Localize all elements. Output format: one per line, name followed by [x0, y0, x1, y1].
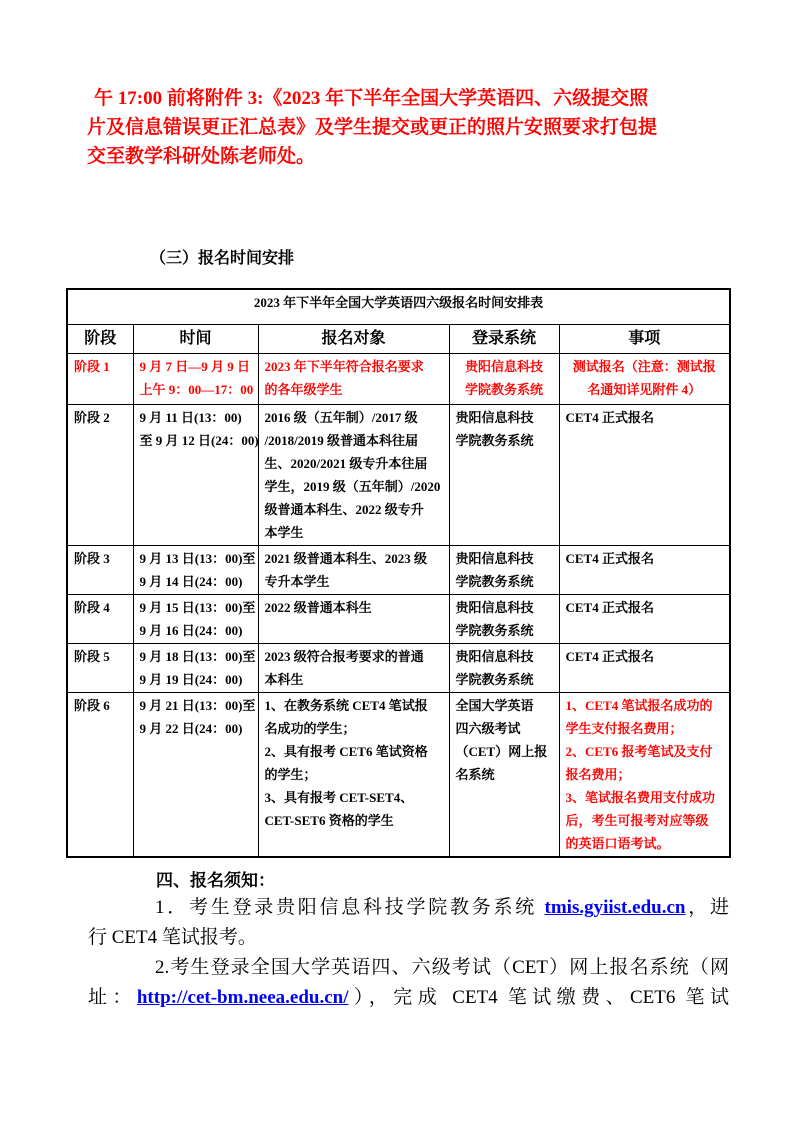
notes-heading: 四、报名须知：: [156, 866, 275, 891]
table-row-stage2: 阶段 2 9 月 11 日(13：00) 至 9 月 12 日(24：00) 2…: [67, 404, 730, 545]
matter-cell: CET4 正式报名: [559, 643, 730, 692]
target-cell: 2023 级符合报考要求的普通 本科生: [258, 643, 449, 692]
notes-paragraph-1-line-1: 1．考生登录贵阳信息科技学院教务系统 tmis.gyiist.edu.cn，进: [88, 893, 729, 923]
notes-paragraph-1-line-2: 行 CET4 笔试报考。: [88, 923, 729, 953]
tmis-system-link[interactable]: tmis.gyiist.edu.cn: [545, 897, 686, 918]
document-page: { "colors": { "red": "#ff0000", "black":…: [0, 0, 793, 1122]
red-notice-line: 交至教学科研处陈老师处。: [87, 142, 687, 171]
matter-cell: 测试报名（注意：测试报 名通知详见附件 4）: [559, 353, 730, 404]
column-header-time: 时间: [133, 324, 258, 353]
notes-paragraph-2-line-1: 2.考生登录全国大学英语四、六级考试（CET）网上报名系统（网: [88, 953, 729, 983]
stage-cell: 阶段 1: [67, 353, 133, 404]
stage-cell: 阶段 2: [67, 404, 133, 545]
column-header-target: 报名对象: [258, 324, 449, 353]
target-cell: 2021 级普通本科生、2023 级 专升本学生: [258, 545, 449, 594]
system-cell: 贵阳信息科技 学院教务系统: [449, 643, 559, 692]
table-row-stage5: 阶段 5 9 月 18 日(13：00)至 9 月 19 日(24：00) 20…: [67, 643, 730, 692]
matter-cell: CET4 正式报名: [559, 404, 730, 545]
table-row-stage4: 阶段 4 9 月 15 日(13：00)至 9 月 16 日(24：00) 20…: [67, 594, 730, 643]
stage-cell: 阶段 5: [67, 643, 133, 692]
column-header-stage: 阶段: [67, 324, 133, 353]
registration-schedule-table: 2023 年下半年全国大学英语四六级报名时间安排表 阶段 时间 报名对象 登录系…: [66, 288, 731, 858]
notes-p1-text-after-link: ，进: [685, 897, 729, 918]
time-cell: 9 月 7 日—9 月 9 日 上午 9：00—17：00: [133, 353, 258, 404]
time-cell: 9 月 18 日(13：00)至 9 月 19 日(24：00): [133, 643, 258, 692]
red-notice-line: 片及信息错误更正汇总表》及学生提交或更正的照片安照要求打包提: [87, 113, 687, 142]
column-header-matter: 事项: [559, 324, 730, 353]
time-cell: 9 月 21 日(13：00)至 9 月 22 日(24：00): [133, 692, 258, 857]
table-row-stage3: 阶段 3 9 月 13 日(13：00)至 9 月 14 日(24：00) 20…: [67, 545, 730, 594]
system-cell: 贵阳信息科技 学院教务系统: [449, 404, 559, 545]
system-cell: 贵阳信息科技 学院教务系统: [449, 545, 559, 594]
matter-cell: 1、CET4 笔试报名成功的 学生支付报名费用； 2、CET6 报考笔试及支付 …: [559, 692, 730, 857]
notes-paragraph-2-line-2: 址：http://cet-bm.neea.edu.cn/），完成 CET4 笔试…: [88, 983, 729, 1013]
system-cell: 贵阳信息科技 学院教务系统: [449, 353, 559, 404]
time-cell: 9 月 13 日(13：00)至 9 月 14 日(24：00): [133, 545, 258, 594]
table-row-stage6: 阶段 6 9 月 21 日(13：00)至 9 月 22 日(24：00) 1、…: [67, 692, 730, 857]
table-header-row: 阶段 时间 报名对象 登录系统 事项: [67, 324, 730, 353]
system-cell: 贵阳信息科技 学院教务系统: [449, 594, 559, 643]
matter-cell: CET4 正式报名: [559, 594, 730, 643]
notes-p2-text-before-link: 址：: [88, 987, 137, 1008]
red-notice-paragraph: 午 17:00 前将附件 3:《2023 年下半年全国大学英语四、六级提交照 片…: [87, 84, 687, 171]
notes-p1-text-before-link: 1．考生登录贵阳信息科技学院教务系统: [155, 897, 545, 918]
stage-cell: 阶段 6: [67, 692, 133, 857]
system-cell: 全国大学英语 四六级考试 （CET）网上报 名系统: [449, 692, 559, 857]
time-cell: 9 月 11 日(13：00) 至 9 月 12 日(24：00): [133, 404, 258, 545]
stage-cell: 阶段 4: [67, 594, 133, 643]
time-cell: 9 月 15 日(13：00)至 9 月 16 日(24：00): [133, 594, 258, 643]
target-cell: 2016 级（五年制）/2017 级 /2018/2019 级普通本科往届 生、…: [258, 404, 449, 545]
section-header: （三）报名时间安排: [150, 245, 294, 268]
stage-cell: 阶段 3: [67, 545, 133, 594]
cet-bm-neea-link[interactable]: http://cet-bm.neea.edu.cn/: [137, 987, 349, 1008]
red-notice-line: 午 17:00 前将附件 3:《2023 年下半年全国大学英语四、六级提交照: [87, 84, 687, 113]
target-cell: 1、在教务系统 CET4 笔试报 名成功的学生； 2、具有报考 CET6 笔试资…: [258, 692, 449, 857]
notes-p2-text-after-link: ），完成 CET4 笔试缴费、CET6 笔试: [348, 987, 729, 1008]
target-cell: 2022 级普通本科生: [258, 594, 449, 643]
matter-cell: CET4 正式报名: [559, 545, 730, 594]
table-title-row: 2023 年下半年全国大学英语四六级报名时间安排表: [67, 289, 730, 324]
column-header-system: 登录系统: [449, 324, 559, 353]
table-row-stage1: 阶段 1 9 月 7 日—9 月 9 日 上午 9：00—17：00 2023 …: [67, 353, 730, 404]
target-cell: 2023 年下半年符合报名要求 的各年级学生: [258, 353, 449, 404]
table-title: 2023 年下半年全国大学英语四六级报名时间安排表: [67, 289, 730, 324]
